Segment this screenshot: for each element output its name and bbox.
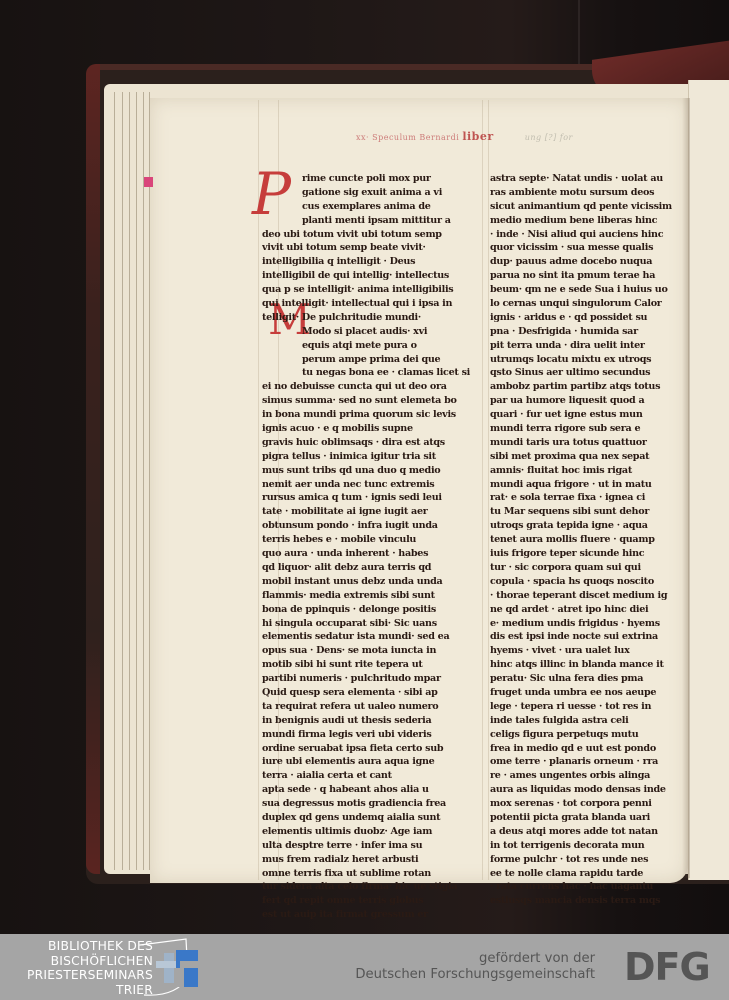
text-line: sua degressus motis gradiencia frea — [262, 797, 472, 811]
footer-bar: BIBLIOTHEK DES BISCHÖFLICHEN PRIESTERSEM… — [0, 934, 729, 1000]
text-line: bona de ppinquis · delonge positis — [262, 603, 472, 617]
text-line: mus sunt tribs qd una duo q medio — [262, 464, 472, 478]
text-line: terris hebes e · mobile vinculu — [262, 533, 472, 547]
text-line: parua no sint ita pmum terae ha — [490, 269, 682, 283]
text-line: tate · mobilitate ai igne iugit aer — [262, 505, 472, 519]
text-line: fruget unda umbra ee nos aeupe — [490, 686, 682, 700]
text-line: intelligibil de qui intellig· intellectu… — [262, 269, 472, 283]
text-line: pit terra unda · dira uelit inter — [490, 339, 682, 353]
funder-text: gefördert von der Deutschen Forschungsge… — [355, 951, 595, 983]
text-line: fert qd repit omne terris globus — [262, 894, 472, 908]
text-line: elementis sedatur ista mundi· sed ea — [262, 630, 472, 644]
text-line: simus summa· sed no sunt elemeta bo — [262, 394, 472, 408]
running-head: xx· Speculum Bernardi liber ung [?] for — [356, 130, 573, 143]
text-line: Quid quesp sera elementa · sibi ap — [262, 686, 472, 700]
text-line: apta sede · q habeant ahos alia u — [262, 783, 472, 797]
text-line: perum ampe prima dei que — [262, 353, 472, 367]
text-line: par ua humore liquesit quod a — [490, 394, 682, 408]
text-line: qsto Sinus aer ultimo secundus — [490, 366, 682, 380]
text-line: mundi firma legis veri ubi videris — [262, 728, 472, 742]
text-line: in benignis audi ut thesis sederia — [262, 714, 472, 728]
text-line: est ut auip ita firmat gressum er — [262, 908, 472, 922]
text-line: pigra tellus · inimica igitur tria sit — [262, 450, 472, 464]
text-line: ei no debuisse cuncta qui ut deo ora — [262, 380, 472, 394]
text-line: qd liquor· alit debz aura terris qd — [262, 561, 472, 575]
text-line: ignis · aridus e · qd possidet su — [490, 311, 682, 325]
text-line: iuis frigore teper sicunde hinc — [490, 547, 682, 561]
running-head-prefix: xx· Speculum Bernardi — [356, 133, 459, 142]
text-line: rat· e sola terrae fixa · ignea ci — [490, 491, 682, 505]
ruling-line — [488, 100, 489, 880]
text-line: celigs figura perpetuqs mutu — [490, 728, 682, 742]
page-edge-lines — [110, 92, 150, 870]
text-line: omne terris fixa ut sublime rotan — [262, 867, 472, 881]
gutter-shadow — [682, 98, 690, 878]
text-line: ne qd ardet · atret ipo hinc diei — [490, 603, 682, 617]
text-line: medio medium bene liberas hinc — [490, 214, 682, 228]
text-line: sibi met proxima qua nex sepat — [490, 450, 682, 464]
text-line: aura as liquidas modo densas inde — [490, 783, 682, 797]
text-line: forme pulchr · tot res unde nes — [490, 853, 682, 867]
text-line: mundi aqua frigore · ut in matu — [490, 478, 682, 492]
text-line: astra septe· Natat undis · uolat au — [490, 172, 682, 186]
text-line: rursus amica q tum · ignis sedi leui — [262, 491, 472, 505]
text-line: ras ambiente motu sursum deos — [490, 186, 682, 200]
library-name-line3: PRIESTERSEMINARS TRIER — [0, 968, 153, 997]
ruling-line — [482, 100, 483, 880]
text-line: tur sidera alta celo firma· hic ue stigi… — [262, 880, 472, 894]
text-line: flammis· media extremis sibi sunt — [262, 589, 472, 603]
text-line: mobil instant unus debz unda unda — [262, 575, 472, 589]
text-line: tu negas bona ee · clamas licet si — [262, 366, 472, 380]
text-line: vivit ubi totum semp beate vivit· — [262, 241, 472, 255]
marginal-gloss: ung [?] for — [525, 133, 573, 142]
text-line: amnis· fluitat hoc imis rigat — [490, 464, 682, 478]
text-line: tenet aura mollis fluere · quamp — [490, 533, 682, 547]
text-line: copula · spacia hs quoqs noscito — [490, 575, 682, 589]
text-line: ome terre · planaris orneum · rra — [490, 755, 682, 769]
text-line: sicut animantium qd pente vicissim — [490, 200, 682, 214]
text-line: obtunsum pondo · infra iugit unda — [262, 519, 472, 533]
library-name: BIBLIOTHEK DES BISCHÖFLICHEN PRIESTERSEM… — [0, 939, 153, 997]
text-line: dis est ipsi inde nocte sui extrina — [490, 630, 682, 644]
text-line: ee te nolle clama rapidu tarde — [490, 867, 682, 881]
text-line: utroqs grata tepida igne · aqua — [490, 519, 682, 533]
text-line: Modo si placet audis· xvi — [262, 325, 472, 339]
text-line: tu Mar sequens sibi sunt dehor — [490, 505, 682, 519]
text-line: peratu· Sic ulna fera dies pma — [490, 672, 682, 686]
text-line: rime cuncte poli mox pur — [262, 172, 472, 186]
text-line: · thorae teperant discet medium ig — [490, 589, 682, 603]
text-line: lege · tepera ri uesse · tot res in — [490, 700, 682, 714]
text-line: pna · Desfrigida · humida sar — [490, 325, 682, 339]
text-line: hi singula occuparat sibi· Sic uans — [262, 617, 472, 631]
running-head-liber: liber — [462, 130, 493, 143]
text-line: motib sibi hi sunt rite tepera ut — [262, 658, 472, 672]
text-line: hinc atqs illinc in blanda mance it — [490, 658, 682, 672]
text-line: in tot terrigenis decorata mun — [490, 839, 682, 853]
text-line: · inde · Nisi aliud qui auciens hinc — [490, 228, 682, 242]
text-line: in bona mundi prima quorum sic levis — [262, 408, 472, 422]
text-line: estiusqs mancia densis terra mqs — [490, 894, 682, 908]
text-line: ignis acuo · e q mobilis supne — [262, 422, 472, 436]
text-line: nemit aer unda nec tunc extremis — [262, 478, 472, 492]
text-line: mundi terra rigore sub sera e — [490, 422, 682, 436]
right-text-column: astra septe· Natat undis · uolat auras a… — [490, 172, 682, 908]
text-line: elementis ultimis duobz· Age iam — [262, 825, 472, 839]
funder-line1: gefördert von der — [355, 951, 595, 967]
text-line: beum· qm ne e sede Sua i huius uo — [490, 283, 682, 297]
text-line: ulta desptre terre · infer ima su — [262, 839, 472, 853]
text-line: intelligibilia q intelligit · Deus — [262, 255, 472, 269]
text-line: · rata currens hac · hac uagantu — [490, 880, 682, 894]
text-line: cus exemplares anima de — [262, 200, 472, 214]
library-name-line2: BISCHÖFLICHEN — [0, 954, 153, 969]
text-line: iure ubi elementis aura aqua igne — [262, 755, 472, 769]
text-line: telligit· De pulchritudie mundi· — [262, 311, 472, 325]
text-line: frea in medio qd e uut est pondo — [490, 742, 682, 756]
text-line: ta requirat refera ut ualeo numero — [262, 700, 472, 714]
text-line: duplex qd gens undemq aialia sunt — [262, 811, 472, 825]
text-line: ordine seruabat ipsa fieta certo sub — [262, 742, 472, 756]
library-name-line1: BIBLIOTHEK DES — [0, 939, 153, 954]
text-line: terra · aialia certa et cant — [262, 769, 472, 783]
text-line: utrumqs locatu mixtu ex utroqs — [490, 353, 682, 367]
text-line: qui intelligit· intellectual qui i ipsa … — [262, 297, 472, 311]
text-line: hyems · vivet · ura ualet lux — [490, 644, 682, 658]
text-line: dup· pauus adme docebo nuqua — [490, 255, 682, 269]
text-line: qua p se intelligit· anima intelligibili… — [262, 283, 472, 297]
text-line: e· medium undis frigidus · hyems — [490, 617, 682, 631]
text-line: quari · fur uet igne estus mun — [490, 408, 682, 422]
text-line: quo aura · unda inherent · habes — [262, 547, 472, 561]
facing-page-edge — [688, 80, 729, 880]
text-line: gatione sig exuit anima a vi — [262, 186, 472, 200]
text-line: gravis huic oblimsaqs · dira est atqs — [262, 436, 472, 450]
text-line: ambobz partim partibz atqs totus — [490, 380, 682, 394]
text-line: tur · sic corpora quam sui qui — [490, 561, 682, 575]
text-line: planti menti ipsam mittitur a — [262, 214, 472, 228]
text-line: a deus atqi mores adde tot natan — [490, 825, 682, 839]
text-line: mus frem radialz heret arbusti — [262, 853, 472, 867]
text-line: mox serenas · tot corpora penni — [490, 797, 682, 811]
text-line: equis atqi mete pura o — [262, 339, 472, 353]
shield-cross-logo-icon — [136, 937, 206, 999]
text-line: partibi numeris · pulchritudo mpar — [262, 672, 472, 686]
text-line: re · ames ungentes orbis alinga — [490, 769, 682, 783]
text-line: deo ubi totum vivit ubi totum semp — [262, 228, 472, 242]
text-line: inde tales fulgida astra celi — [490, 714, 682, 728]
cover-leather-edge — [86, 64, 100, 874]
text-line: opus sua · Dens· se mota iuncta in — [262, 644, 472, 658]
left-text-column: rime cuncte poli mox purgatione sig exui… — [262, 172, 472, 922]
text-line: quor vicissim · sua messe qualis — [490, 241, 682, 255]
funder-line2: Deutschen Forschungsgemeinschaft — [355, 967, 595, 983]
dfg-logo: DFG — [624, 948, 710, 986]
text-line: lo cernas unqui singulorum Calor — [490, 297, 682, 311]
text-line: mundi taris ura totus quattuor — [490, 436, 682, 450]
text-line: potentii picta grata blanda uari — [490, 811, 682, 825]
pink-page-tab — [144, 177, 153, 187]
